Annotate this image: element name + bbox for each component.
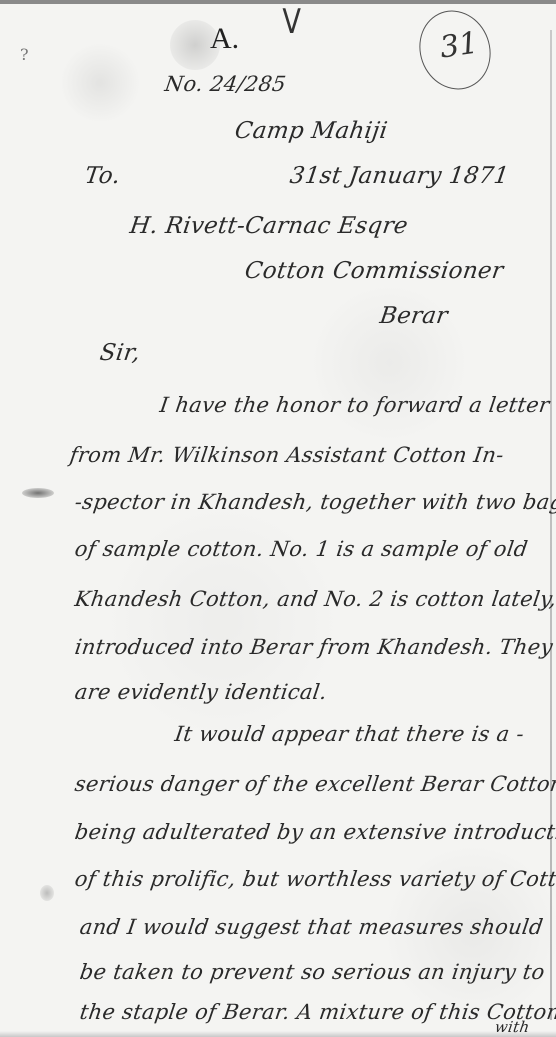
reference-number: No. 24/285 [163,72,287,96]
body-line: -spector in Khandesh, together with two … [73,490,556,514]
paper-bottom-edge [0,1031,556,1037]
ink-smudge-lower [40,885,54,901]
ink-smudge [22,488,54,498]
catchword: with [494,1018,531,1036]
body-line: of sample cotton. No. 1 is a sample of o… [73,537,529,561]
body-line: being adulterated by an extensive introd… [73,820,556,844]
addressee-title: Cotton Commissioner [243,258,505,284]
body-line: introduced into Berar from Khandesh. The… [73,635,554,659]
body-line: from Mr. Wilkinson Assistant Cotton In- [68,443,505,467]
margin-mark: ? [20,45,29,64]
check-mark-icon: V [282,2,301,42]
to-label: To. [83,163,122,189]
body-line: serious danger of the excellent Berar Co… [73,772,556,796]
body-line: the staple of Berar. A mixture of this C… [78,1000,556,1024]
body-line: It would appear that there is a - [173,722,525,746]
addressee-name: H. Rivett-Carnac Esqre [128,213,409,239]
salutation: Sir, [98,340,142,366]
letter-date: 31st January 1871 [288,163,510,189]
body-line: are evidently identical. [73,680,328,704]
folio-number: 31 [438,26,481,66]
body-line: and I would suggest that measures should [78,915,544,939]
body-line: I have the honor to forward a letter [158,393,551,417]
addressee-location: Berar [378,303,449,329]
body-line: be taken to prevent so serious an injury… [78,960,546,984]
letter-page: ? A. V 31 No. 24/285 Camp Mahiji To. 31s… [0,0,556,1037]
place: Camp Mahiji [233,118,389,144]
scan-top-border [0,0,556,4]
body-line: Khandesh Cotton, and No. 2 is cotton lat… [73,587,556,611]
section-letter: A. [210,22,239,56]
body-line: of this prolific, but worthless variety … [73,867,556,891]
